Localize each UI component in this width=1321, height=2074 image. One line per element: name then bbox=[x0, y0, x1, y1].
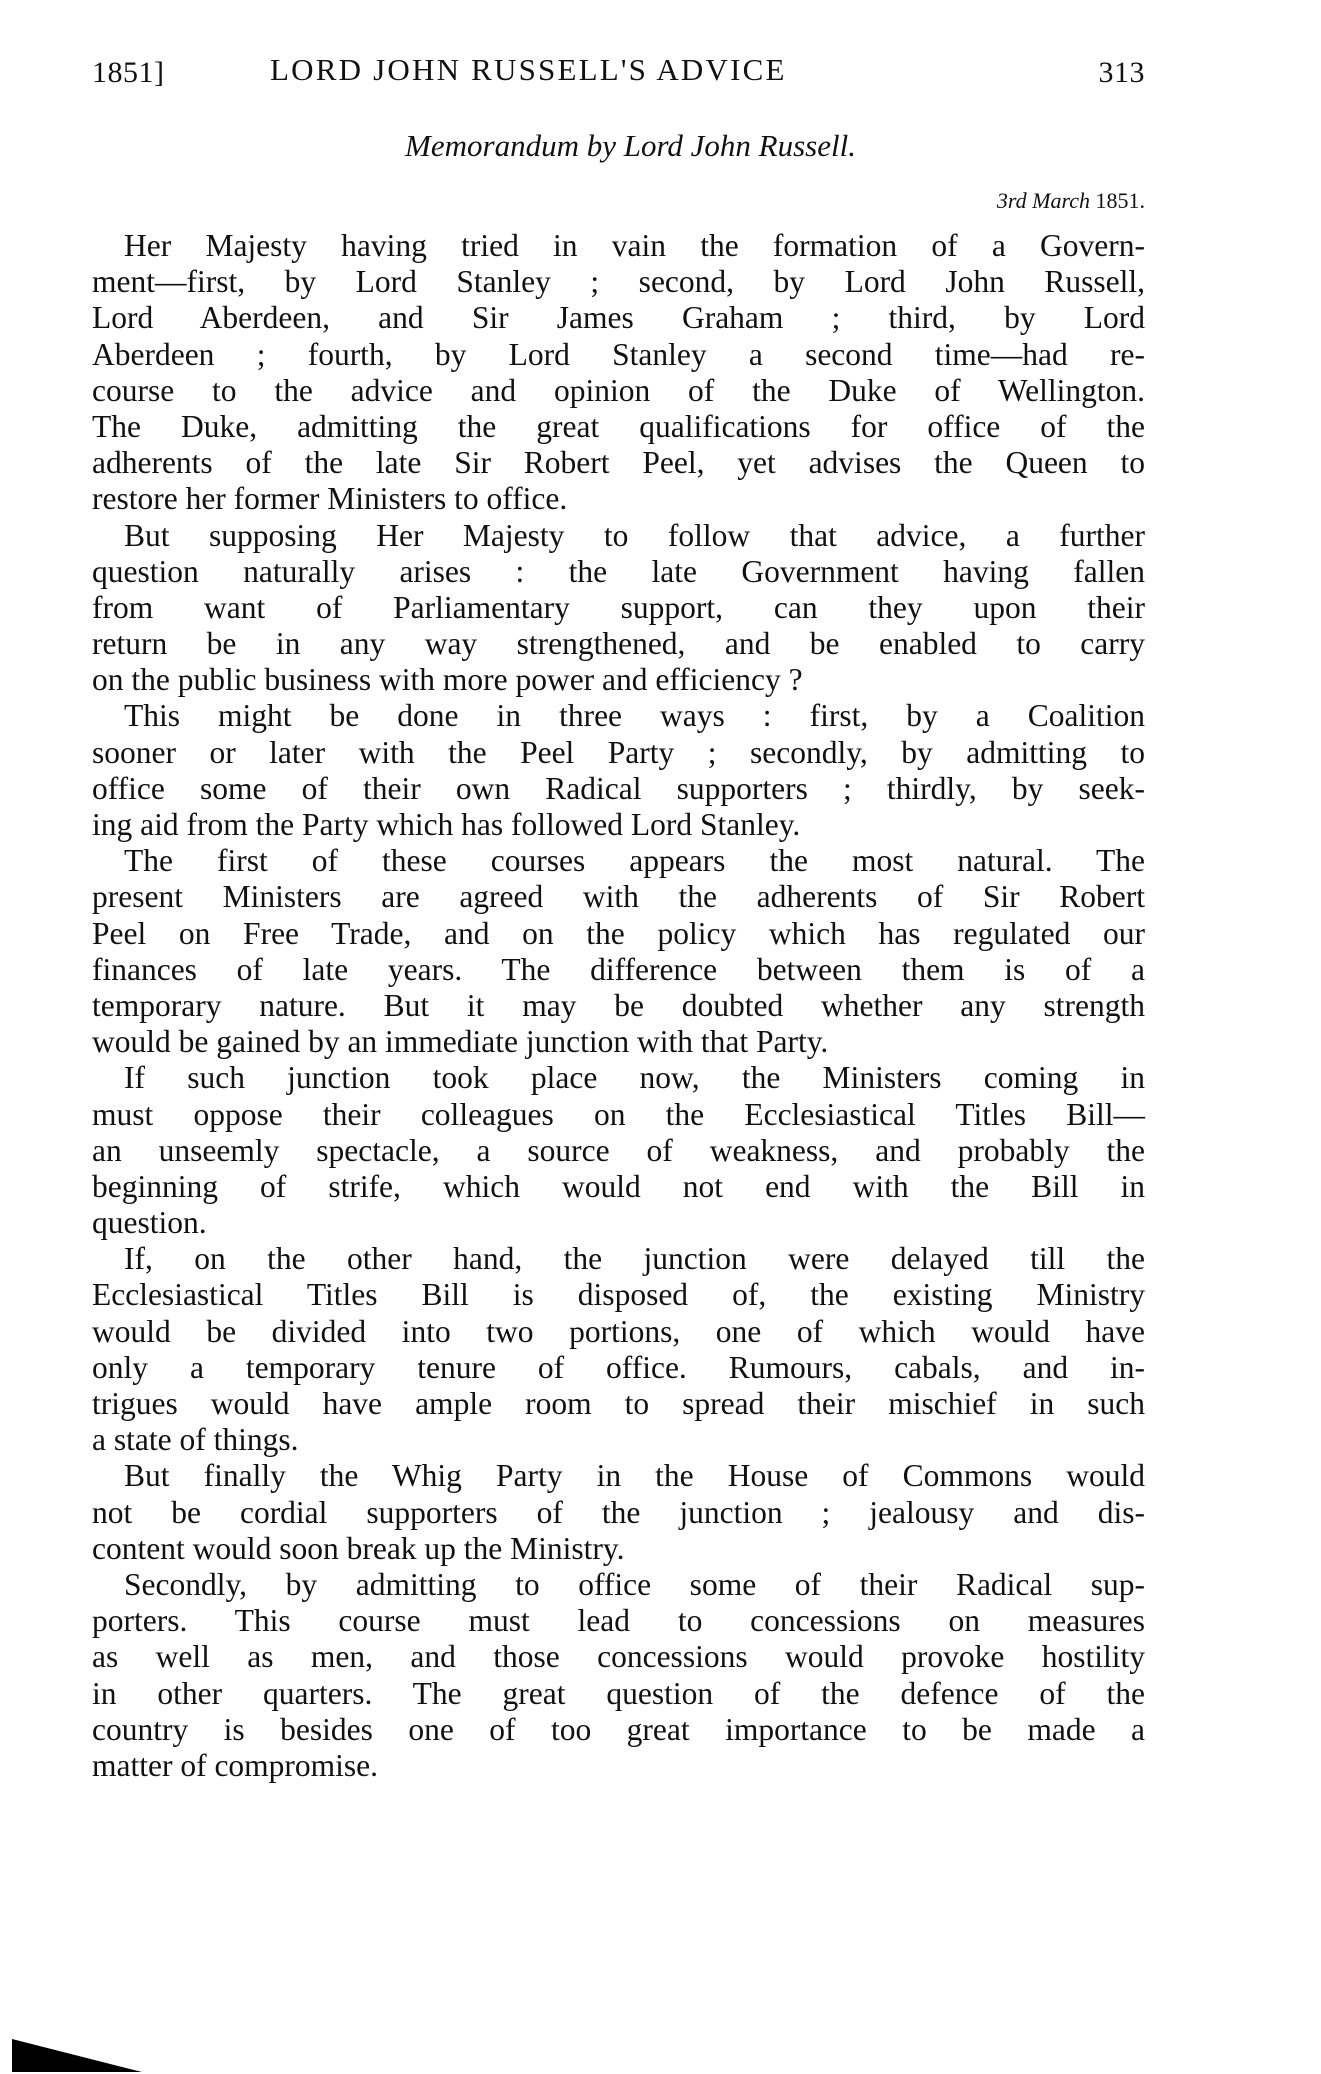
date-year: 1851. bbox=[1090, 188, 1145, 213]
text-line: ing aid from the Party which has followe… bbox=[92, 807, 1145, 843]
text-line: in other quarters. The great question of… bbox=[92, 1676, 1145, 1712]
text-line: must oppose their colleagues on the Eccl… bbox=[92, 1097, 1145, 1133]
text-line: adherents of the late Sir Robert Peel, y… bbox=[92, 445, 1145, 481]
text-line: finances of late years. The difference b… bbox=[92, 952, 1145, 988]
text-line: The Duke, admitting the great qualificat… bbox=[92, 409, 1145, 445]
text-line: only a temporary tenure of office. Rumou… bbox=[92, 1350, 1145, 1386]
text-line: question. bbox=[92, 1205, 1145, 1241]
text-line: Secondly, by admitting to office some of… bbox=[92, 1567, 1145, 1603]
text-line: a state of things. bbox=[92, 1422, 1145, 1458]
text-line: question naturally arises : the late Gov… bbox=[92, 554, 1145, 590]
header-year: 1851] bbox=[92, 56, 165, 90]
document-title: Memorandum by Lord John Russell. bbox=[0, 128, 1321, 164]
text-line: porters. This course must lead to conces… bbox=[92, 1603, 1145, 1639]
paragraph: But supposing Her Majesty to follow that… bbox=[92, 518, 1145, 699]
running-title: LORD JOHN RUSSELL'S ADVICE bbox=[270, 52, 787, 88]
text-line: present Ministers are agreed with the ad… bbox=[92, 879, 1145, 915]
text-line: return be in any way strengthened, and b… bbox=[92, 626, 1145, 662]
text-line: Ecclesiastical Titles Bill is disposed o… bbox=[92, 1277, 1145, 1313]
text-line: This might be done in three ways : first… bbox=[92, 698, 1145, 734]
text-line: not be cordial supporters of the junctio… bbox=[92, 1495, 1145, 1531]
paragraph: If, on the other hand, the junction were… bbox=[92, 1241, 1145, 1458]
dateline: 3rd March 1851. bbox=[997, 188, 1145, 214]
text-line: on the public business with more power a… bbox=[92, 662, 1145, 698]
text-line: an unseemly spectacle, a source of weakn… bbox=[92, 1133, 1145, 1169]
text-line: country is besides one of too great impo… bbox=[92, 1712, 1145, 1748]
text-line: course to the advice and opinion of the … bbox=[92, 373, 1145, 409]
paragraph: The first of these courses appears the m… bbox=[92, 843, 1145, 1060]
text-line: sooner or later with the Peel Party ; se… bbox=[92, 735, 1145, 771]
text-line: content would soon break up the Ministry… bbox=[92, 1531, 1145, 1567]
paragraph: This might be done in three ways : first… bbox=[92, 698, 1145, 843]
scanned-book-page: 1851] LORD JOHN RUSSELL'S ADVICE 313 Mem… bbox=[0, 0, 1321, 2074]
text-line: But finally the Whig Party in the House … bbox=[92, 1458, 1145, 1494]
page-number: 313 bbox=[1099, 56, 1146, 90]
running-header: 1851] LORD JOHN RUSSELL'S ADVICE 313 bbox=[92, 52, 1145, 96]
text-line: Her Majesty having tried in vain the for… bbox=[92, 228, 1145, 264]
body-text: Her Majesty having tried in vain the for… bbox=[92, 228, 1145, 1784]
paragraph: Secondly, by admitting to office some of… bbox=[92, 1567, 1145, 1784]
text-line: as well as men, and those concessions wo… bbox=[92, 1639, 1145, 1675]
date-day-month: 3rd March bbox=[997, 188, 1090, 213]
text-line: beginning of strife, which would not end… bbox=[92, 1169, 1145, 1205]
text-line: Aberdeen ; fourth, by Lord Stanley a sec… bbox=[92, 337, 1145, 373]
paragraph: If such junction took place now, the Min… bbox=[92, 1060, 1145, 1241]
text-line: office some of their own Radical support… bbox=[92, 771, 1145, 807]
text-line: But supposing Her Majesty to follow that… bbox=[92, 518, 1145, 554]
text-line: Lord Aberdeen, and Sir James Graham ; th… bbox=[92, 300, 1145, 336]
text-line: ment—first, by Lord Stanley ; second, by… bbox=[92, 264, 1145, 300]
text-line: from want of Parliamentary support, can … bbox=[92, 590, 1145, 626]
document-title-text: Memorandum by Lord John Russell. bbox=[405, 128, 856, 163]
text-line: If, on the other hand, the junction were… bbox=[92, 1241, 1145, 1277]
text-line: temporary nature. But it may be doubted … bbox=[92, 988, 1145, 1024]
text-line: matter of compromise. bbox=[92, 1748, 1145, 1784]
text-line: The first of these courses appears the m… bbox=[92, 843, 1145, 879]
text-line: restore her former Ministers to office. bbox=[92, 481, 1145, 517]
text-line: Peel on Free Trade, and on the policy wh… bbox=[92, 916, 1145, 952]
text-line: trigues would have ample room to spread … bbox=[92, 1386, 1145, 1422]
text-line: If such junction took place now, the Min… bbox=[92, 1060, 1145, 1096]
scan-artifact bbox=[12, 2039, 142, 2072]
text-line: would be divided into two portions, one … bbox=[92, 1314, 1145, 1350]
paragraph: But finally the Whig Party in the House … bbox=[92, 1458, 1145, 1567]
paragraph: Her Majesty having tried in vain the for… bbox=[92, 228, 1145, 518]
text-line: would be gained by an immediate junction… bbox=[92, 1024, 1145, 1060]
